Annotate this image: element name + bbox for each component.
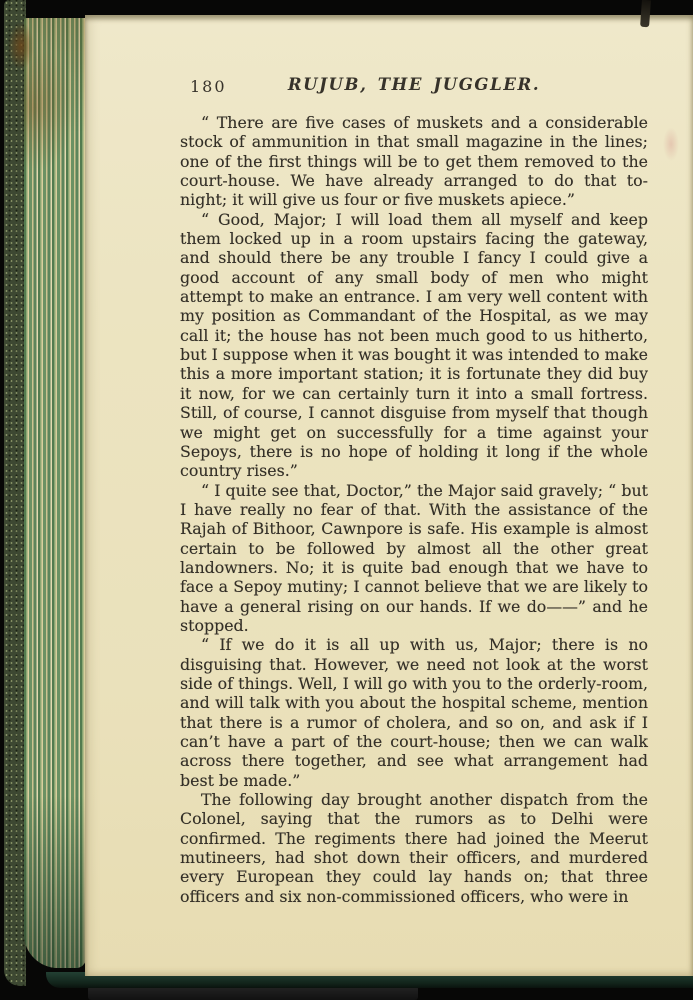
page-fore-edges: [24, 18, 86, 968]
table-surface: [88, 986, 418, 1000]
body-paragraph: The following day brought another dispat…: [180, 790, 648, 906]
book-page: 180 RUJUB, THE JUGGLER. “ There are five…: [85, 15, 693, 976]
stain: [8, 22, 34, 70]
ribbon-mark: [640, 0, 651, 27]
page-body: “ There are five cases of muskets and a …: [180, 113, 648, 976]
body-paragraph: “ Good, Major; I will load them all myse…: [180, 210, 648, 481]
page-header: 180 RUJUB, THE JUGGLER.: [180, 75, 648, 99]
book-cover-edge: [4, 0, 26, 986]
scanned-book-photo: 180 RUJUB, THE JUGGLER. “ There are five…: [0, 0, 693, 1000]
body-paragraph: “ I quite see that, Doctor,” the Major s…: [180, 481, 648, 636]
running-title: RUJUB, THE JUGGLER.: [180, 75, 648, 94]
body-paragraph: “ If we do it is all up with us, Major; …: [180, 635, 648, 790]
body-paragraph: “ There are five cases of muskets and a …: [180, 113, 648, 210]
stain: [663, 127, 679, 161]
